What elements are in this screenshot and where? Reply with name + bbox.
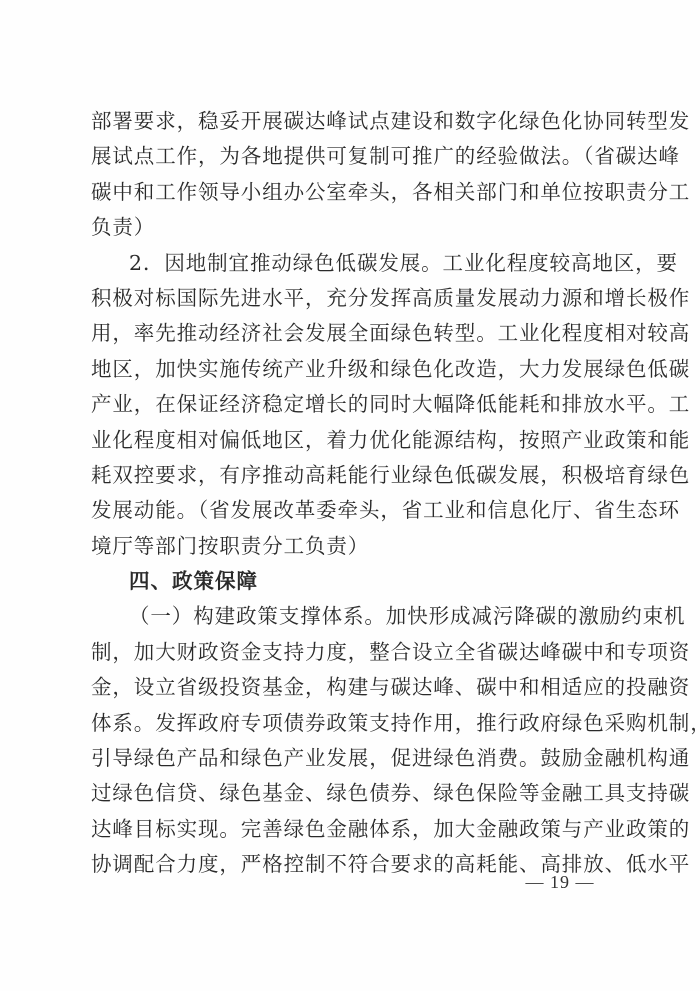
text-line: 碳中和工作领导小组办公室牵头，各相关部门和单位按职责分工 bbox=[91, 175, 613, 210]
text-line: 过绿色信贷、绿色基金、绿色债券、绿色保险等金融工具支持碳 bbox=[91, 776, 613, 811]
paragraph-start-line: （一）构建政策支撑体系。加快形成减污降碳的激励约束机 bbox=[91, 599, 613, 634]
document-page: 部署要求，稳妥开展碳达峰试点建设和数字化绿色化协同转型发 展试点工作，为各地提供… bbox=[0, 0, 700, 991]
text-line: 部署要求，稳妥开展碳达峰试点建设和数字化绿色化协同转型发 bbox=[91, 104, 613, 139]
text-line: 耗双控要求，有序推动高耗能行业绿色低碳发展，积极培育绿色 bbox=[91, 458, 613, 493]
section-heading: 四、政策保障 bbox=[91, 564, 613, 599]
text-line: 负责） bbox=[91, 210, 613, 245]
page-number: — 19 — bbox=[520, 872, 600, 893]
text-line: 展试点工作，为各地提供可复制可推广的经验做法。（省碳达峰 bbox=[91, 139, 613, 174]
text-line: 用，率先推动经济社会发展全面绿色转型。工业化程度相对较高 bbox=[91, 316, 613, 351]
text-line: 引导绿色产品和绿色产业发展，促进绿色消费。鼓励金融机构通 bbox=[91, 741, 613, 776]
text-line: 体系。发挥政府专项债券政策支持作用，推行政府绿色采购机制， bbox=[91, 706, 613, 741]
text-line: 境厅等部门按职责分工负责） bbox=[91, 529, 613, 564]
text-line: 积极对标国际先进水平，充分发挥高质量发展动力源和增长极作 bbox=[91, 281, 613, 316]
text-line: 地区，加快实施传统产业升级和绿色化改造，大力发展绿色低碳 bbox=[91, 352, 613, 387]
body-text: 部署要求，稳妥开展碳达峰试点建设和数字化绿色化协同转型发 展试点工作，为各地提供… bbox=[91, 104, 613, 883]
text-line: 业化程度相对偏低地区，着力优化能源结构，按照产业政策和能 bbox=[91, 423, 613, 458]
text-line: 金，设立省级投资基金，构建与碳达峰、碳中和相适应的投融资 bbox=[91, 670, 613, 705]
text-line: 产业，在保证经济稳定增长的同时大幅降低能耗和排放水平。工 bbox=[91, 387, 613, 422]
paragraph-start-line: 2．因地制宜推动绿色低碳发展。工业化程度较高地区，要 bbox=[91, 246, 613, 281]
text-line: 制，加大财政资金支持力度，整合设立全省碳达峰碳中和专项资 bbox=[91, 635, 613, 670]
text-line: 达峰目标实现。完善绿色金融体系，加大金融政策与产业政策的 bbox=[91, 812, 613, 847]
text-line: 发展动能。（省发展改革委牵头，省工业和信息化厅、省生态环 bbox=[91, 493, 613, 528]
